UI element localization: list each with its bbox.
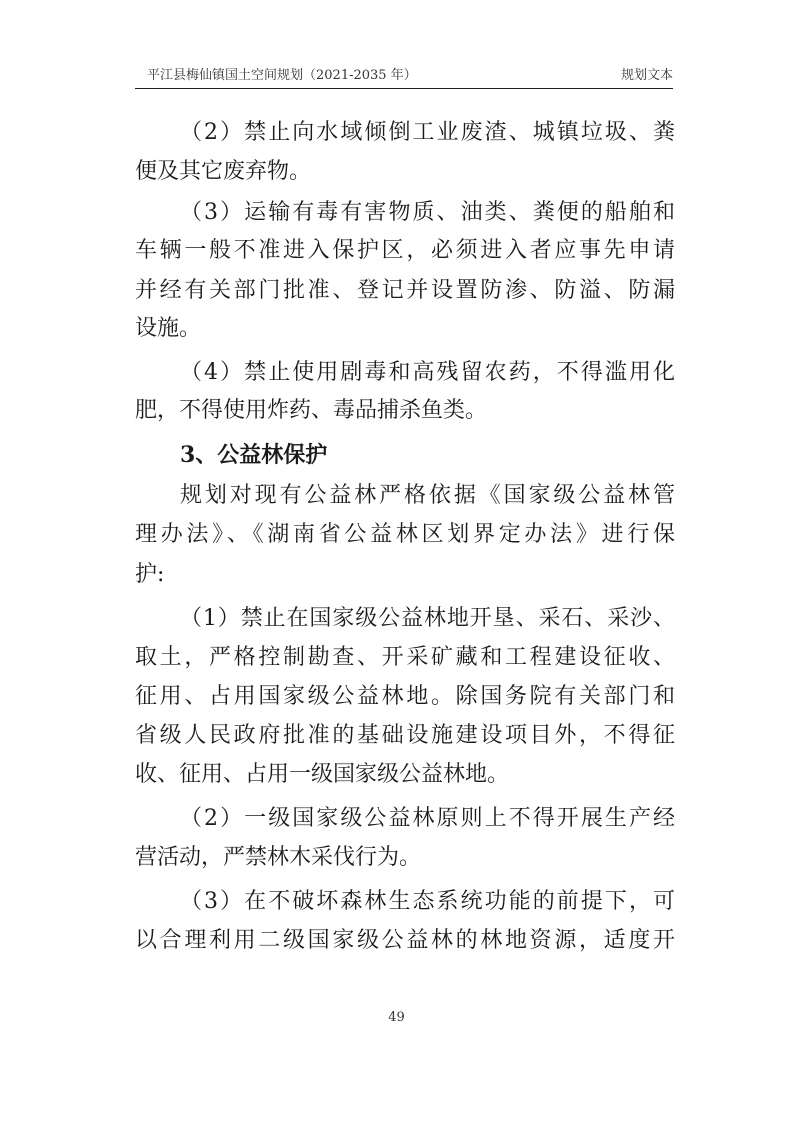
text-line: 便及其它废弃物。 bbox=[135, 157, 675, 187]
section-heading: 3、公益林保护 bbox=[180, 440, 675, 470]
text-line: （3）在不破坏森林生态系统功能的前提下，可 bbox=[180, 887, 675, 917]
text-line: 省级人民政府批准的基础设施建设项目外，不得征 bbox=[135, 721, 675, 751]
text-line: （4）禁止使用剧毒和高残留农药，不得滥用化 bbox=[180, 358, 675, 388]
text-line: 征用、占用国家级公益林地。除国务院有关部门和 bbox=[135, 682, 675, 712]
document-title: 平江县梅仙镇国土空间规划（2021-2035 年） bbox=[147, 64, 417, 83]
header-divider bbox=[135, 88, 673, 89]
text-line: 取土，严格控制勘查、开采矿藏和工程建设征收、 bbox=[135, 643, 675, 673]
text-line: 营活动，严禁林木采伐行为。 bbox=[135, 843, 675, 873]
text-line: 并经有关部门批准、登记并设置防渗、防溢、防漏 bbox=[135, 276, 675, 306]
text-line: （2）一级国家级公益林原则上不得开展生产经 bbox=[180, 804, 675, 834]
text-line: 肥，不得使用炸药、毒品捕杀鱼类。 bbox=[135, 396, 675, 426]
text-line: （1）禁止在国家级公益林地开垦、采石、采沙、 bbox=[180, 604, 675, 634]
document-section-label: 规划文本 bbox=[621, 64, 673, 83]
text-line: （2）禁止向水域倾倒工业废渣、城镇垃圾、粪 bbox=[180, 118, 675, 148]
text-line: 规划对现有公益林严格依据《国家级公益林管 bbox=[180, 481, 675, 511]
page-number: 49 bbox=[0, 1010, 793, 1025]
text-line: 以合理利用二级国家级公益林的林地资源，适度开 bbox=[135, 926, 675, 956]
text-line: 理办法》、《湖南省公益林区划界定办法》进行保 bbox=[135, 520, 675, 550]
text-line: 设施。 bbox=[135, 314, 675, 344]
text-line: 收、征用、占用一级国家级公益林地。 bbox=[135, 760, 675, 790]
text-line: 护: bbox=[135, 560, 675, 590]
text-line: 车辆一般不准进入保护区，必须进入者应事先申请 bbox=[135, 236, 675, 266]
text-line: （3）运输有毒有害物质、油类、粪便的船舶和 bbox=[180, 198, 675, 228]
